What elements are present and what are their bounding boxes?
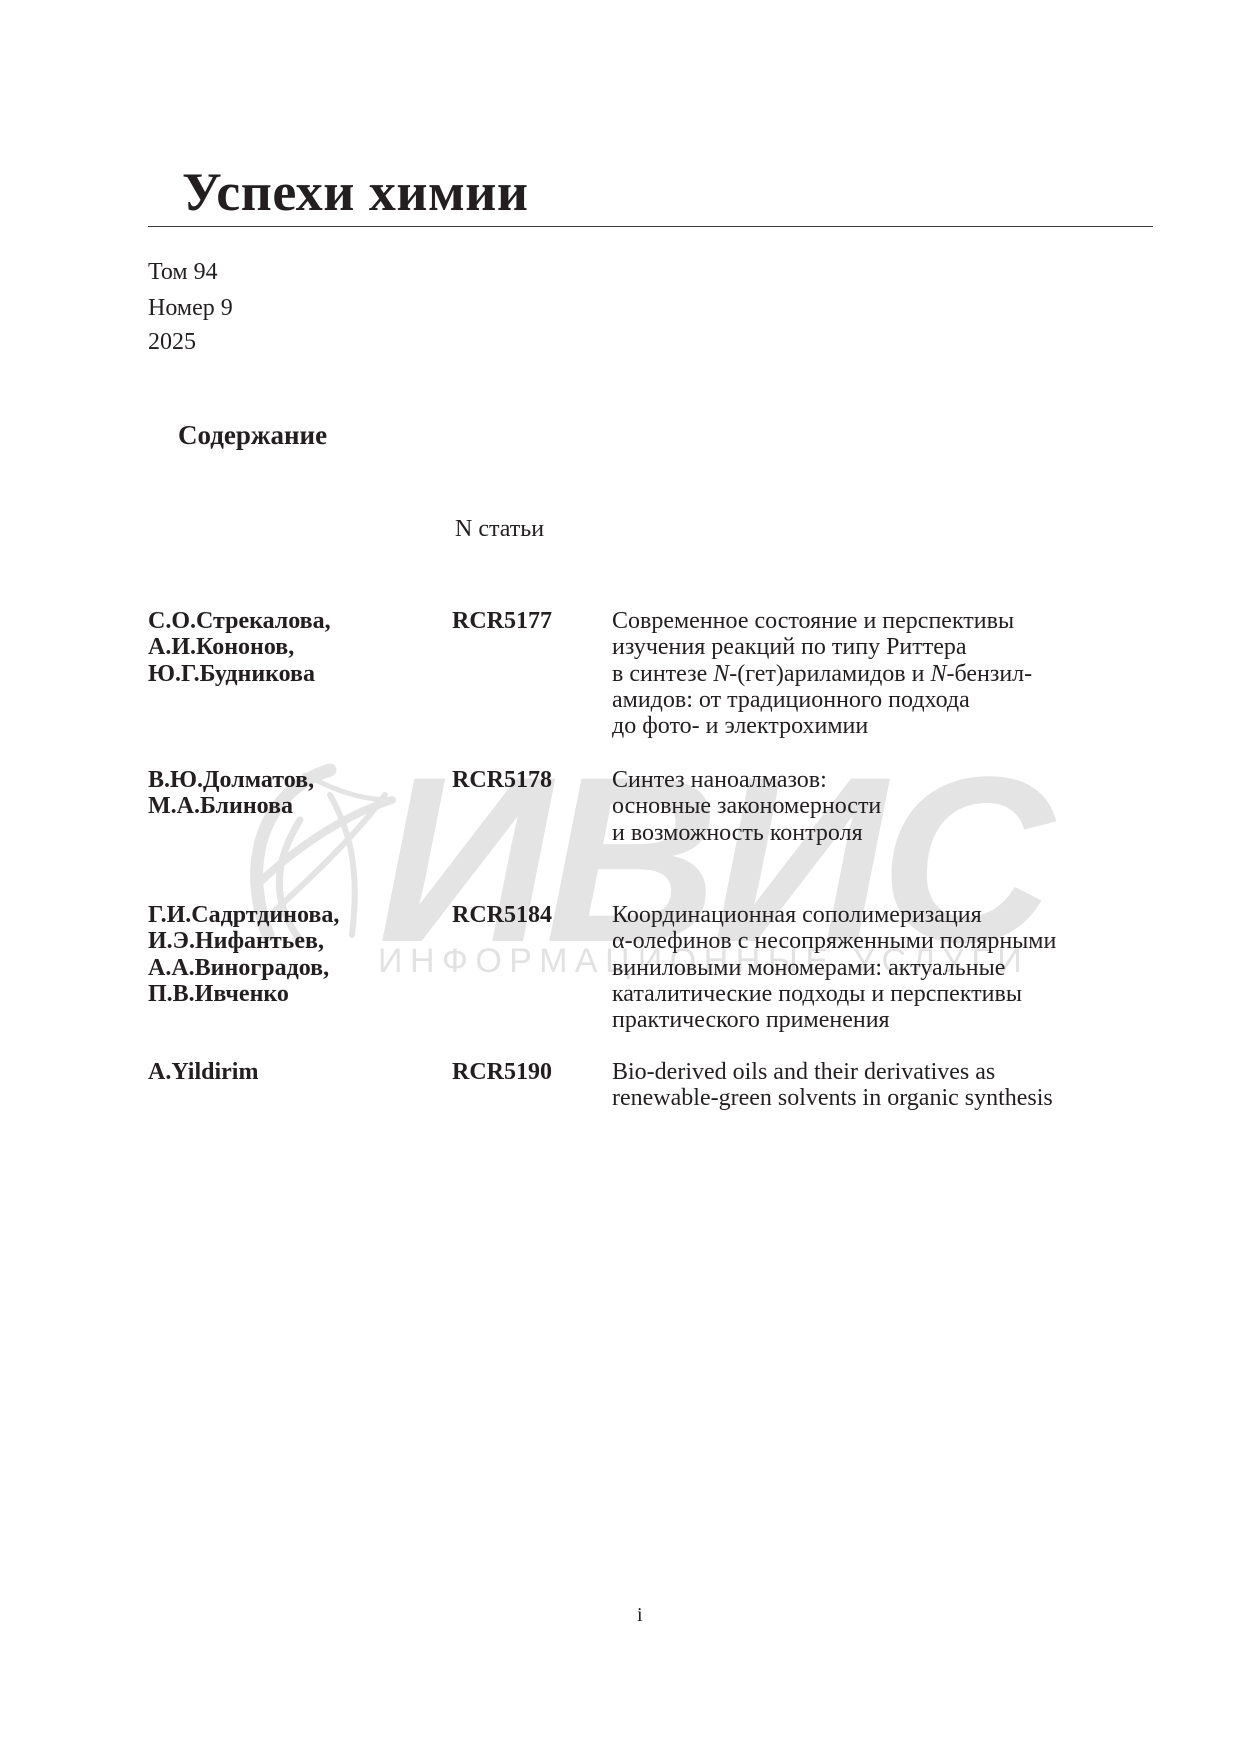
title-divider	[148, 226, 1153, 227]
entry-authors: В.Ю.Долматов,М.А.Блинова	[148, 767, 314, 820]
article-title-line: до фото- и электрохимии	[612, 713, 1032, 739]
article-title-line: и возможность контроля	[612, 820, 881, 846]
article-title-line: каталитические подходы и перспективы	[612, 981, 1056, 1007]
article-title-line: α-олефинов с несопряженными полярными	[612, 928, 1056, 954]
author-name: В.Ю.Долматов,	[148, 767, 314, 793]
article-id[interactable]: RCR5177	[452, 608, 552, 634]
author-name: Ю.Г.Будникова	[148, 661, 331, 687]
article-title-line: изучения реакций по типу Риттера	[612, 634, 1032, 660]
article-title-line: основные закономерности	[612, 793, 881, 819]
author-name: A.Yildirim	[148, 1059, 258, 1085]
article-id[interactable]: RCR5190	[452, 1059, 552, 1085]
entry-authors: С.О.Стрекалова,А.И.Кононов,Ю.Г.Будникова	[148, 608, 331, 687]
article-id[interactable]: RCR5178	[452, 767, 552, 793]
author-name: А.И.Кононов,	[148, 634, 331, 660]
year-label: 2025	[148, 327, 196, 357]
volume-label: Том 94	[148, 257, 218, 287]
author-name: П.В.Ивченко	[148, 981, 339, 1007]
article-title[interactable]: Координационная сополимеризацияα-олефино…	[612, 902, 1056, 1033]
article-title-line: Синтез наноалмазов:	[612, 767, 881, 793]
article-title-line: Современное состояние и перспективы	[612, 608, 1032, 634]
issue-label: Номер 9	[148, 293, 233, 323]
article-title-line: Координационная сополимеризация	[612, 902, 1056, 928]
article-id[interactable]: RCR5184	[452, 902, 552, 928]
article-title[interactable]: Bio-derived oils and their derivatives a…	[612, 1059, 1053, 1112]
author-name: М.А.Блинова	[148, 793, 314, 819]
article-title[interactable]: Современное состояние и перспективыизуче…	[612, 608, 1032, 739]
author-name: С.О.Стрекалова,	[148, 608, 331, 634]
article-title-line: в синтезе N-(гет)ариламидов и N-бензил-	[612, 661, 1032, 687]
article-title-line: практического применения	[612, 1007, 1056, 1033]
article-title-line: амидов: от традиционного подхода	[612, 687, 1032, 713]
article-title[interactable]: Синтез наноалмазов:основные закономернос…	[612, 767, 881, 846]
article-title-line: Bio-derived oils and their derivatives a…	[612, 1059, 1053, 1085]
article-number-column-header: N статьи	[455, 514, 544, 544]
author-name: И.Э.Нифантьев,	[148, 928, 339, 954]
journal-title: Успехи химии	[182, 160, 529, 224]
author-name: Г.И.Садртдинова,	[148, 902, 339, 928]
author-name: А.А.Виноградов,	[148, 955, 339, 981]
page-number: i	[637, 1603, 643, 1627]
article-title-line: renewable-green solvents in organic synt…	[612, 1085, 1053, 1111]
toc-heading: Содержание	[178, 419, 327, 451]
entry-authors: A.Yildirim	[148, 1059, 258, 1085]
entry-authors: Г.И.Садртдинова,И.Э.Нифантьев,А.А.Виногр…	[148, 902, 339, 1007]
article-title-line: виниловыми мономерами: актуальные	[612, 955, 1056, 981]
